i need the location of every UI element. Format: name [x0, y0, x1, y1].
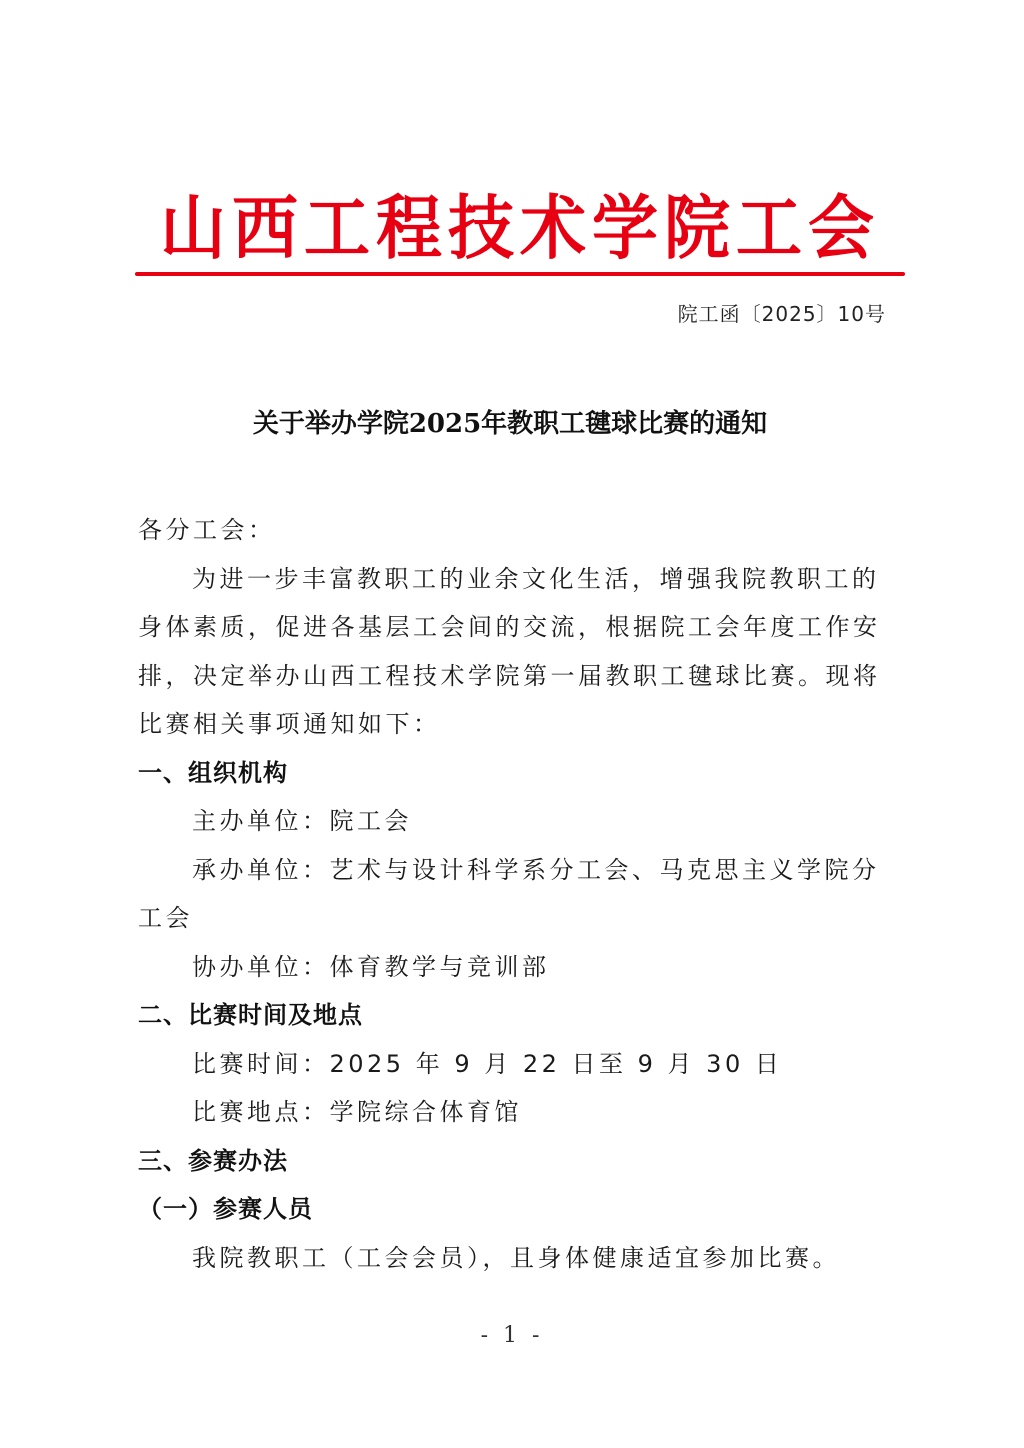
host-line: 承办单位：艺术与设计科学系分工会、马克思主义学院分工会 — [138, 846, 888, 943]
match-location-value: 学院综合体育馆 — [330, 1098, 523, 1126]
co-organizer-label: 协办单位： — [192, 953, 330, 981]
document-number: 院工函〔2025〕10号 — [678, 298, 886, 330]
match-time-value: 2025 年 9 月 22 日至 9 月 30 日 — [330, 1050, 783, 1078]
co-organizer-value: 体育教学与竞训部 — [330, 953, 550, 981]
organizer-value: 院工会 — [330, 807, 413, 835]
match-time-label: 比赛时间： — [192, 1050, 330, 1078]
document-title: 关于举办学院2025年教职工毽球比赛的通知 — [135, 402, 885, 446]
match-location-label: 比赛地点： — [192, 1098, 330, 1126]
section-heading-organization: 一、组织机构 — [138, 749, 888, 798]
masthead-title: 山西工程技术学院工会 — [135, 186, 905, 270]
page-number: - 1 - — [0, 1320, 1024, 1352]
co-organizer-line: 协办单位：体育教学与竞训部 — [138, 943, 888, 992]
document-body: 各分工会： 为进一步丰富教职工的业余文化生活，增强我院教职工的身体素质，促进各基… — [138, 506, 888, 1282]
section-heading-participation: 三、参赛办法 — [138, 1137, 888, 1186]
section-heading-time-location: 二、比赛时间及地点 — [138, 991, 888, 1040]
document-page: 山西工程技术学院工会 院工函〔2025〕10号 关于举办学院2025年教职工毽球… — [0, 0, 1024, 1448]
organizer-line: 主办单位：院工会 — [138, 797, 888, 846]
subsection-heading-participants: （一）参赛人员 — [138, 1185, 888, 1234]
intro-paragraph: 为进一步丰富教职工的业余文化生活，增强我院教职工的身体素质，促进各基层工会间的交… — [138, 555, 888, 749]
host-label: 承办单位： — [192, 856, 330, 884]
participants-text: 我院教职工（工会会员），且身体健康适宜参加比赛。 — [138, 1234, 888, 1283]
match-time-line: 比赛时间：2025 年 9 月 22 日至 9 月 30 日 — [138, 1040, 888, 1089]
masthead-red-rule — [135, 272, 905, 276]
match-location-line: 比赛地点：学院综合体育馆 — [138, 1088, 888, 1137]
salutation: 各分工会： — [138, 506, 888, 555]
organizer-label: 主办单位： — [192, 807, 330, 835]
